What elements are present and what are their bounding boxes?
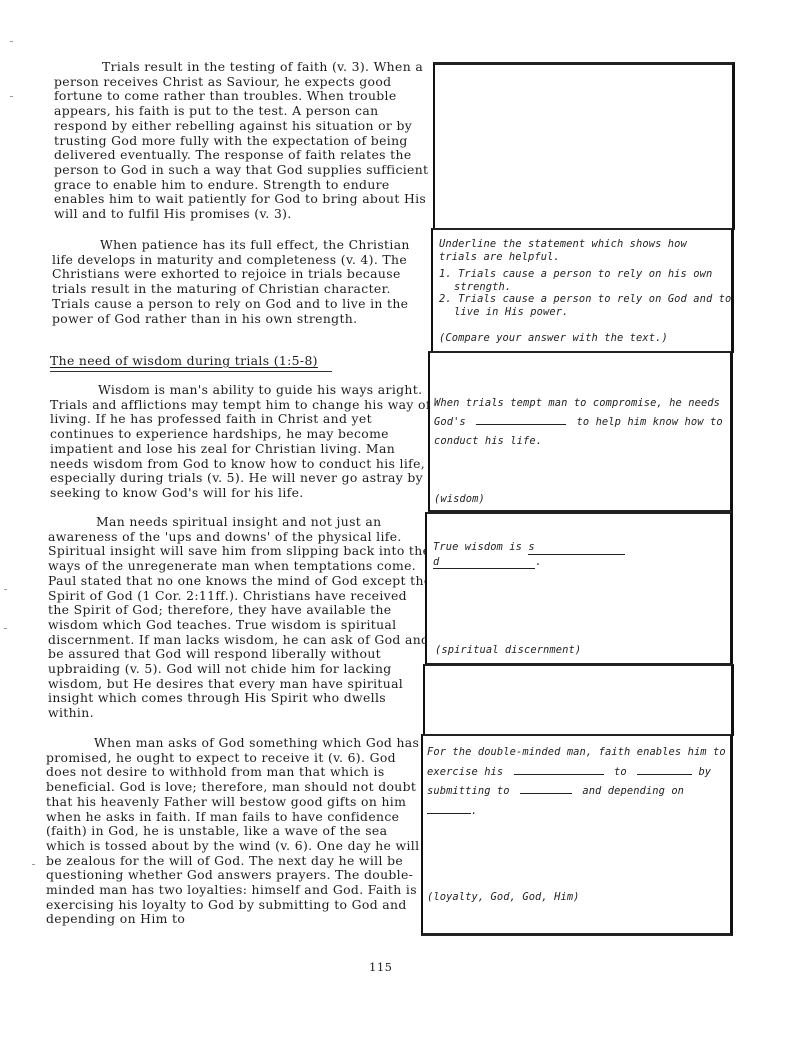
empty-frame-1: [433, 62, 735, 230]
scan-speck: [10, 96, 13, 97]
exercise-instruction: Underline the statement which shows how …: [439, 238, 729, 263]
answer-blank-2[interactable]: [637, 764, 692, 775]
paragraph-testing-of-faith: Trials result in the testing of faith (v…: [54, 60, 436, 222]
period: .: [535, 556, 541, 568]
frame-double-minded: For the double-minded man, faith enables…: [421, 734, 733, 936]
answer-blank-1[interactable]: [514, 764, 604, 775]
paragraph-spiritual-insight: Man needs spiritual insight and not just…: [48, 515, 432, 721]
answer-key: (wisdom): [434, 493, 485, 506]
option-number: 2.: [439, 293, 452, 305]
answer-blank-d[interactable]: d: [433, 555, 535, 570]
period: .: [471, 805, 477, 817]
blank-fill: [439, 555, 535, 565]
question-part-2: to: [614, 766, 627, 778]
fill-in-question: For the double-minded man, faith enables…: [427, 743, 727, 821]
paragraph-wisdom: Wisdom is man's ability to guide his way…: [50, 383, 434, 501]
question-text-before: True wisdom is: [433, 541, 522, 553]
fill-in-question: True wisdom is s d.: [433, 540, 729, 569]
option-text[interactable]: Trials cause a person to rely on God and…: [454, 293, 731, 318]
fill-in-question: When trials tempt man to compromise, he …: [434, 394, 730, 451]
option-text[interactable]: Trials cause a person to rely on his own…: [454, 268, 712, 293]
scan-speck: [4, 628, 7, 629]
frame-underline-exercise: Underline the statement which shows how …: [431, 228, 734, 353]
option-2[interactable]: 2. Trials cause a person to rely on God …: [439, 293, 744, 318]
empty-frame-2: [423, 664, 734, 736]
answer-blank-s[interactable]: s: [528, 540, 624, 555]
paragraph-patience: When patience has its full effect, the C…: [52, 238, 432, 326]
answer-blank-4[interactable]: [427, 803, 471, 814]
page-number: 115: [369, 960, 392, 974]
paragraph-asking-in-faith: When man asks of God something which God…: [46, 736, 426, 927]
blank-fill: [535, 540, 625, 550]
question-part-4: and depending on: [582, 785, 684, 797]
heading-rule: [50, 371, 332, 372]
answer-blank[interactable]: [476, 414, 566, 425]
workbook-page: Trials result in the testing of faith (v…: [0, 0, 799, 1050]
frame-true-wisdom: True wisdom is s d. (spiritual discernme…: [425, 512, 733, 665]
section-heading: The need of wisdom during trials (1:5-8): [50, 354, 318, 369]
scan-speck: [10, 41, 13, 42]
scan-speck: [32, 864, 35, 865]
answer-key: (spiritual discernment): [435, 644, 581, 657]
frame-wisdom-blank: When trials tempt man to compromise, he …: [428, 351, 733, 512]
scan-speck: [4, 589, 7, 590]
option-1[interactable]: 1. Trials cause a person to rely on his …: [439, 268, 744, 293]
option-number: 1.: [439, 268, 452, 280]
compare-note: (Compare your answer with the text.): [439, 332, 668, 345]
answer-key: (loyalty, God, God, Him): [427, 891, 580, 904]
answer-blank-3[interactable]: [520, 783, 572, 794]
